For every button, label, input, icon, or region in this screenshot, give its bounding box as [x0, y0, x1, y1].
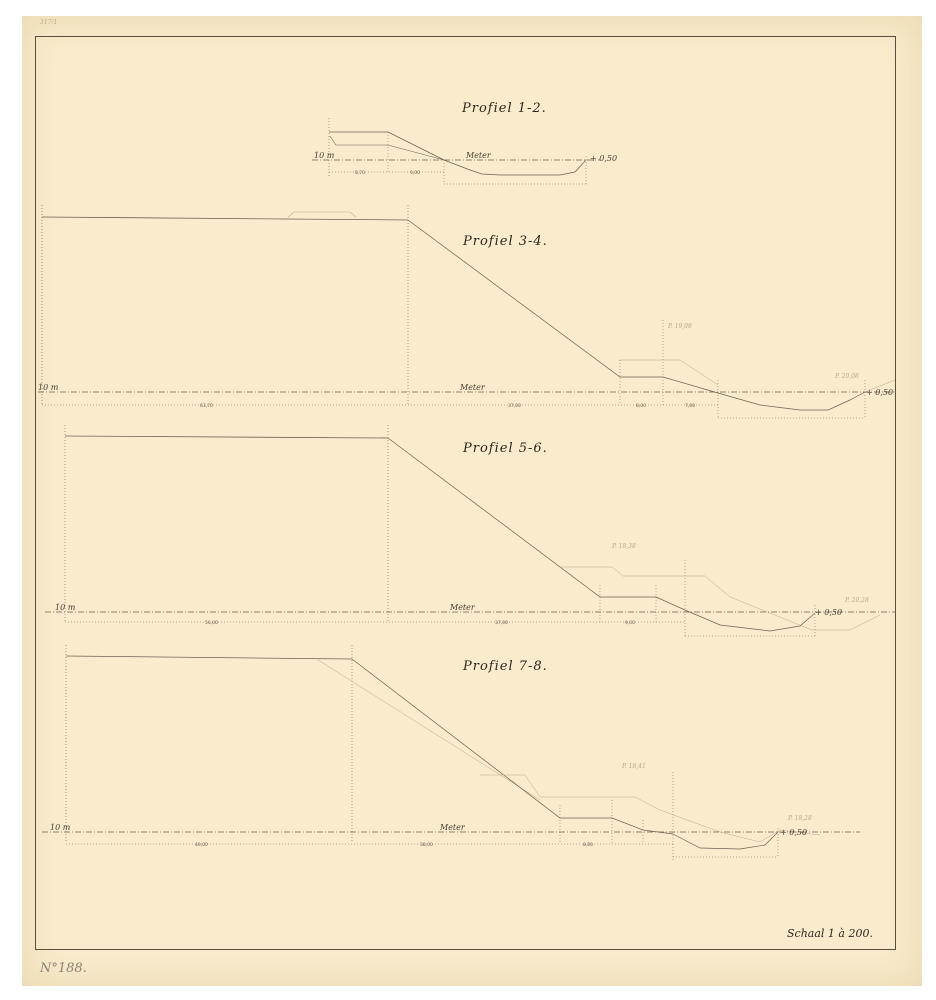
dim-3-1: 37,00: [495, 620, 508, 626]
profile-1-2-title: Profiel 1-2.: [461, 101, 547, 116]
scale-label: Schaal 1 à 200.: [787, 927, 873, 940]
dim-3-0: 56,00: [205, 620, 218, 626]
profile-drawing: Profiel 1-2. Profiel 3-4. Profiel 5-6. P…: [0, 0, 936, 1000]
dim-4-1: 38,00: [420, 842, 433, 848]
water-mark-1: + 0,50: [590, 154, 617, 163]
water-mark-4: + 0,50: [780, 828, 807, 837]
dim-2-0: 63,70: [200, 403, 213, 409]
axis-label-3: Meter: [449, 603, 476, 612]
axis-label-2: Meter: [459, 383, 486, 392]
catalog-number: N°188.: [39, 961, 87, 976]
profile-7-8-title: Profiel 7-8.: [462, 659, 548, 674]
dim-1-1: 9,00: [410, 170, 420, 176]
pencil-note-5-6-b: P. 20,28: [844, 597, 869, 604]
corner-pencil-mark: 317/1: [40, 19, 57, 26]
water-mark-3: + 0,50: [815, 608, 842, 617]
pencil-note-3-4-d: P. 20,08: [834, 373, 859, 380]
profile-5-6-title: Profiel 5-6.: [462, 441, 548, 456]
datum-label-1: 10 m: [314, 151, 335, 160]
dim-2-1: 37,00: [508, 403, 521, 409]
datum-label-4: 10 m: [50, 823, 71, 832]
pencil-note-7-8-b: P. 18,28: [787, 815, 812, 822]
datum-label-2: 10 m: [38, 383, 59, 392]
water-mark-2: + 0,50: [866, 388, 893, 397]
pencil-note-7-8-a: P. 18,41: [621, 763, 646, 770]
dim-3-2: 9,00: [625, 620, 635, 626]
profile-3-4-title: Profiel 3-4.: [462, 234, 548, 249]
dim-4-2: 8,00: [583, 842, 593, 848]
dim-1-0: 8,70: [355, 170, 365, 176]
axis-label-1: Meter: [465, 151, 492, 160]
dim-2-2: 8,00: [636, 403, 646, 409]
dim-4-0: 49,00: [195, 842, 208, 848]
datum-label-3: 10 m: [55, 603, 76, 612]
pencil-note-5-6-a: P. 18,38: [611, 543, 636, 550]
pencil-note-3-4-a: P. 19,08: [667, 323, 692, 330]
dim-2-4: 7,00: [685, 403, 695, 409]
axis-label-4: Meter: [439, 823, 466, 832]
